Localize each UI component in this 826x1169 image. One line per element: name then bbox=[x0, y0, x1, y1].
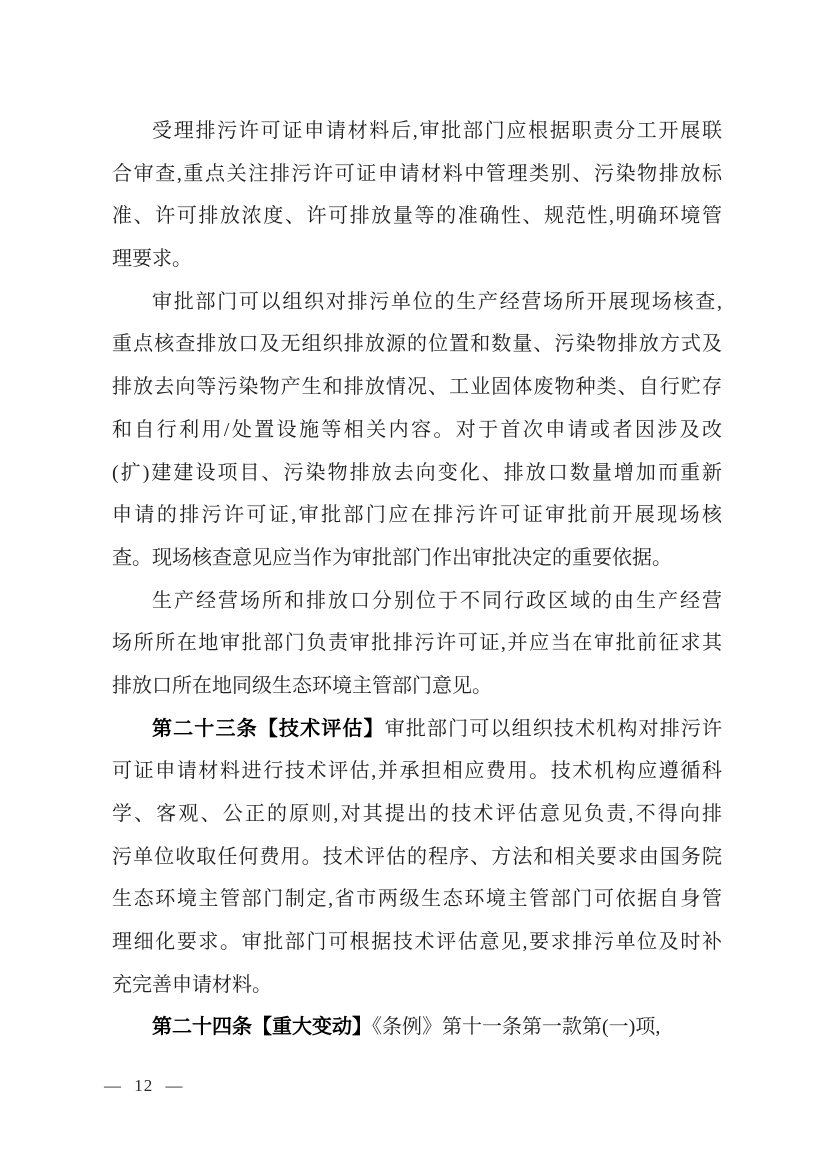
text-line: 可证申请材料进行技术评估,并承担相应费用。技术机构应遵循科 bbox=[112, 750, 722, 793]
text-line: 受理排污许可证申请材料后,审批部门应根据职责分工开展联 bbox=[112, 110, 722, 153]
text-segment: 审批部门可以组织技术机构对排污许 bbox=[385, 718, 722, 740]
text-line: 第二十四条【重大变动】《条例》第十一条第一款第(一)项, bbox=[112, 1006, 722, 1049]
article-heading: 第二十三条【技术评估】 bbox=[152, 718, 385, 740]
text-line: 申请的排污许可证,审批部门应在排污许可证审批前开展现场核 bbox=[112, 494, 722, 537]
text-line: 生产经营场所和排放口分别位于不同行政区域的由生产经营 bbox=[112, 580, 722, 623]
text-line: 第二十三条【技术评估】审批部门可以组织技术机构对排污许 bbox=[112, 708, 722, 751]
article-heading: 第二十四条【重大变动】 bbox=[152, 1016, 372, 1038]
text-line: 场所所在地审批部门负责审批排污许可证,并应当在审批前征求其 bbox=[112, 622, 722, 665]
text-line: 准、许可排放浓度、许可排放量等的准确性、规范性,明确环境管 bbox=[112, 195, 722, 238]
document-page: 受理排污许可证申请材料后,审批部门应根据职责分工开展联合审查,重点关注排污许可证… bbox=[0, 0, 826, 1169]
text-line: 生态环境主管部门制定,省市两级生态环境主管部门可依据自身管 bbox=[112, 878, 722, 921]
text-line: 充完善申请材料。 bbox=[112, 964, 722, 1007]
text-line: 合审查,重点关注排污许可证申请材料中管理类别、污染物排放标 bbox=[112, 153, 722, 196]
text-line: 理要求。 bbox=[112, 238, 722, 281]
text-line: 污单位收取任何费用。技术评估的程序、方法和相关要求由国务院 bbox=[112, 836, 722, 879]
text-line: 排放去向等污染物产生和排放情况、工业固体废物种类、自行贮存 bbox=[112, 366, 722, 409]
text-line: 理细化要求。审批部门可根据技术评估意见,要求排污单位及时补 bbox=[112, 921, 722, 964]
text-line: 查。现场核查意见应当作为审批部门作出审批决定的重要依据。 bbox=[112, 537, 722, 580]
text-line: 排放口所在地同级生态环境主管部门意见。 bbox=[112, 665, 722, 708]
text-line: (扩)建建设项目、污染物排放去向变化、排放口数量增加而重新 bbox=[112, 452, 722, 495]
page-number: — 12 — bbox=[104, 1076, 184, 1096]
text-line: 和自行利用/处置设施等相关内容。对于首次申请或者因涉及改 bbox=[112, 409, 722, 452]
document-body: 受理排污许可证申请材料后,审批部门应根据职责分工开展联合审查,重点关注排污许可证… bbox=[112, 110, 722, 1049]
text-segment: 《条例》第十一条第一款第(一)项, bbox=[372, 1016, 660, 1038]
text-line: 学、客观、公正的原则,对其提出的技术评估意见负责,不得向排 bbox=[112, 793, 722, 836]
text-line: 审批部门可以组织对排污单位的生产经营场所开展现场核查, bbox=[112, 281, 722, 324]
text-line: 重点核查排放口及无组织排放源的位置和数量、污染物排放方式及 bbox=[112, 323, 722, 366]
